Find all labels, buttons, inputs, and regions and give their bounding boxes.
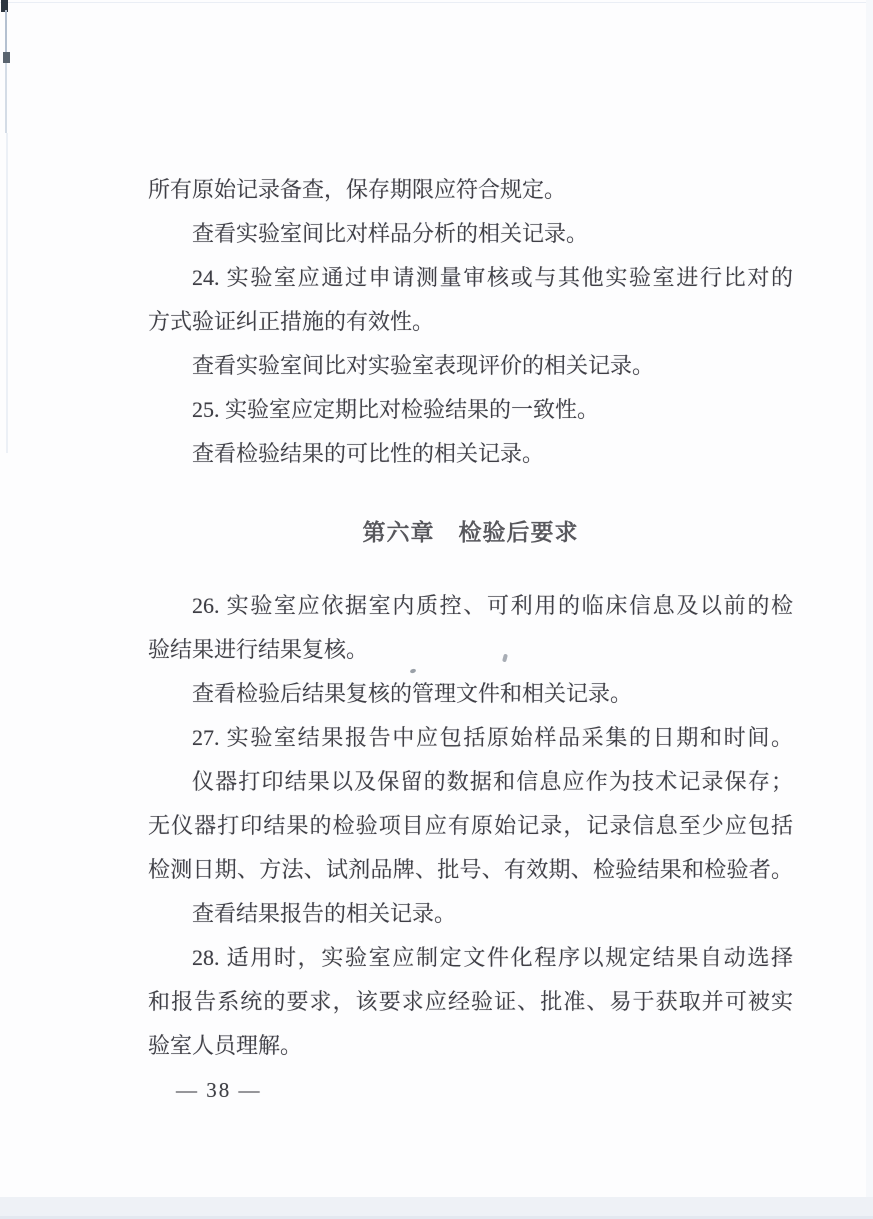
body-line: 查看实验室间比对实验室表现评价的相关记录。 [148, 344, 793, 388]
body-line: 26. 实验室应依据室内质控、可利用的临床信息及以前的检 [148, 584, 793, 628]
body-line: 查看检验结果的可比性的相关记录。 [148, 432, 793, 476]
body-line: 查看检验后结果复核的管理文件和相关记录。 [148, 672, 793, 716]
scan-right-edge-band [866, 0, 873, 1219]
scan-bottom-band [0, 1197, 873, 1219]
body-line: 和报告系统的要求，该要求应经验证、批准、易于获取并可被实 [148, 980, 793, 1024]
body-line: 验室人员理解。 [148, 1024, 793, 1068]
document-body: 所有原始记录备查，保存期限应符合规定。 查看实验室间比对样品分析的相关记录。 2… [0, 0, 793, 1112]
body-line: 方式验证纠正措施的有效性。 [148, 300, 793, 344]
page-number: — 38 — [176, 1068, 793, 1112]
body-line: 无仪器打印结果的检验项目应有原始记录，记录信息至少应包括 [148, 804, 793, 848]
body-line: 28. 适用时，实验室应制定文件化程序以规定结果自动选择 [148, 936, 793, 980]
body-line: 仪器打印结果以及保留的数据和信息应作为技术记录保存； [148, 760, 793, 804]
body-line: 25. 实验室应定期比对检验结果的一致性。 [148, 388, 793, 432]
scanned-document-page: 所有原始记录备查，保存期限应符合规定。 查看实验室间比对样品分析的相关记录。 2… [0, 0, 873, 1219]
body-line: 验结果进行结果复核。 [148, 628, 793, 672]
body-line: 所有原始记录备查，保存期限应符合规定。 [148, 168, 793, 212]
body-line: 检测日期、方法、试剂品牌、批号、有效期、检验结果和检验者。 [148, 848, 793, 892]
body-line: 27. 实验室结果报告中应包括原始样品采集的日期和时间。 [148, 716, 793, 760]
body-line: 查看实验室间比对样品分析的相关记录。 [148, 212, 793, 256]
chapter-heading: 第六章 检验后要求 [148, 510, 793, 554]
body-line: 查看结果报告的相关记录。 [148, 892, 793, 936]
body-line: 24. 实验室应通过申请测量审核或与其他实验室进行比对的 [148, 256, 793, 300]
